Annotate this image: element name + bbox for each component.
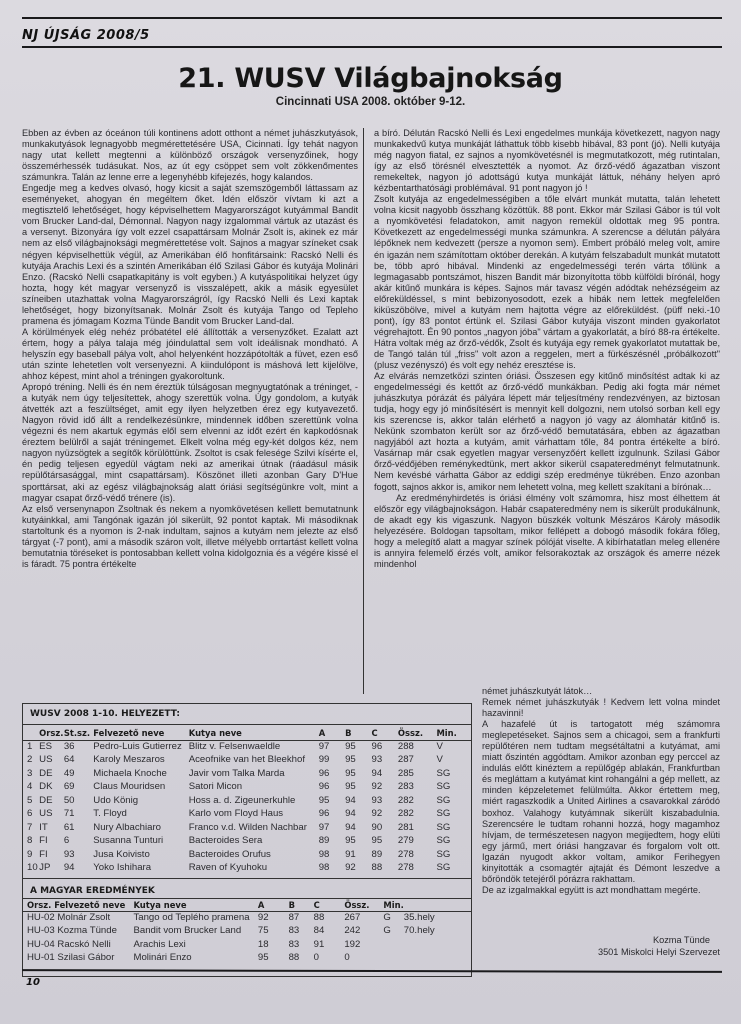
table-row: 1ES36Pedro-Luis GutierrezBlitz v. Felsen… xyxy=(27,740,467,754)
signature-name: Kozma Tünde xyxy=(560,935,710,945)
col-header-b: B xyxy=(345,726,371,740)
article-right-column: a bíró. Délután Racskó Nelli és Lexi eng… xyxy=(374,128,720,686)
col-header-rating: Min. xyxy=(383,898,403,911)
table-row: 3DE49Michaela KnocheJavir vom Talka Mard… xyxy=(27,767,467,781)
table-row: 4DK69Claus MouridsenSatori Micon96959228… xyxy=(27,780,467,794)
col-header-dog: Kutya neve xyxy=(189,726,319,740)
results-table: Orsz. St.sz. Felvezető neve Kutya neve A… xyxy=(27,726,467,875)
table-row: HU-01 Szilasi GáborMolinári Enzo958800 xyxy=(27,951,447,964)
article-right-bottom-column: német juhászkutyát látok… Remek német ju… xyxy=(482,686,720,912)
table-row: HU-04 Racskó NelliArachis Lexi188391192 xyxy=(27,938,447,951)
paragraph: Az elvárás nemzetközi szinten óriási. Ös… xyxy=(374,371,720,493)
article-title: 21. WUSV Világbajnokság xyxy=(0,63,741,94)
col-header-c: C xyxy=(371,726,397,740)
table-row: 7IT61Nury AlbachiaroFranco v.d. Wilden N… xyxy=(27,821,467,835)
col-header-c: C xyxy=(314,898,345,911)
divider xyxy=(23,724,471,725)
article-subtitle: Cincinnati USA 2008. október 9-12. xyxy=(0,96,741,108)
paragraph: a bíró. Délután Racskó Nelli és Lexi eng… xyxy=(374,128,720,194)
paragraph: Ebben az évben az óceánon túli kontinens… xyxy=(22,128,358,183)
paragraph: Az eredményhirdetés is óriási élmény vol… xyxy=(374,493,720,570)
paragraph: Engedje meg a kedves olvasó, hogy kicsit… xyxy=(22,183,358,327)
paragraph: A hazafelé út is tartogatott még számomr… xyxy=(482,719,720,885)
table-header-row: Orsz. St.sz. Felvezető neve Kutya neve A… xyxy=(27,726,467,740)
signature-org: 3501 Miskolci Helyi Szervezet xyxy=(520,947,720,957)
col-header-a: A xyxy=(258,898,289,911)
col-header-total: Össz. xyxy=(344,898,383,911)
col-header-a: A xyxy=(319,726,345,740)
col-header-handler: Orsz. Felvezető neve xyxy=(27,898,133,911)
masthead-rule xyxy=(22,46,722,48)
table-row: 9FI93Jusa KoivistoBacteroides Orufus9891… xyxy=(27,848,467,862)
magazine-page: NJ ÚJSÁG 2008/5 21. WUSV Világbajnokság … xyxy=(0,0,741,1024)
paragraph: Az első versenynapon Zsoltnak és nekem a… xyxy=(22,504,358,570)
table-row: HU-02 Molnár ZsoltTango od Tepléhо prame… xyxy=(27,911,447,924)
table-row: 5DE50Udo KönigHoss a. d. Zigeunerkuhle95… xyxy=(27,794,467,808)
paragraph: De az izgalmakkal együtt is azt mondhatt… xyxy=(482,885,720,896)
paragraph: német juhászkutyát látok… xyxy=(482,686,720,697)
col-header-rank xyxy=(27,726,39,740)
paragraph: Remek német juhászkutyák ! Kedvem lett v… xyxy=(482,697,720,719)
col-header-country: Orsz. xyxy=(39,726,64,740)
col-header-start-number: St.sz. xyxy=(64,726,93,740)
table-header-row: Orsz. Felvezető neve Kutya neve A B C Ös… xyxy=(27,898,447,911)
paragraph: A körülmények elég nehéz próbatétel elé … xyxy=(22,327,358,382)
col-header-total: Össz. xyxy=(398,726,437,740)
divider xyxy=(23,878,471,879)
results-table-title: WUSV 2008 1-10. HELYEZETT: xyxy=(30,709,180,719)
masthead: NJ ÚJSÁG 2008/5 xyxy=(22,28,150,43)
column-divider xyxy=(363,128,364,694)
page-number: 10 xyxy=(26,977,40,988)
table-row: 6US71T. FloydKarlo vom Floyd Haus9694922… xyxy=(27,807,467,821)
hungarian-table-title: A MAGYAR EREDMÉNYEK xyxy=(30,886,155,896)
results-box: WUSV 2008 1-10. HELYEZETT: Orsz. St.sz. … xyxy=(22,703,472,977)
col-header-b: B xyxy=(289,898,314,911)
hungarian-results-table: Orsz. Felvezető neve Kutya neve A B C Ös… xyxy=(27,898,447,964)
top-rule xyxy=(22,17,722,19)
article-left-column: Ebben az évben az óceánon túli kontinens… xyxy=(22,128,358,700)
table-row: 2US64Karoly MeszarosAceofnike van het Bl… xyxy=(27,753,467,767)
col-header-place xyxy=(404,898,447,911)
table-row: 8FI6Susanna TunturiBacteroides Sera89959… xyxy=(27,834,467,848)
col-header-rating: Min. xyxy=(436,726,467,740)
col-header-handler: Felvezető neve xyxy=(93,726,188,740)
paragraph: Zsolt kutyája az engedelmességiben a től… xyxy=(374,194,720,371)
table-row: 10JP94Yoko IshiharaRaven of Kyuhoku98928… xyxy=(27,861,467,875)
paragraph: Apropó tréning. Nelli és én nem éreztük … xyxy=(22,382,358,504)
table-row: HU-03 Kozma TündeBandit vom Brucker Land… xyxy=(27,924,447,937)
col-header-dog: Kutya neve xyxy=(133,898,257,911)
